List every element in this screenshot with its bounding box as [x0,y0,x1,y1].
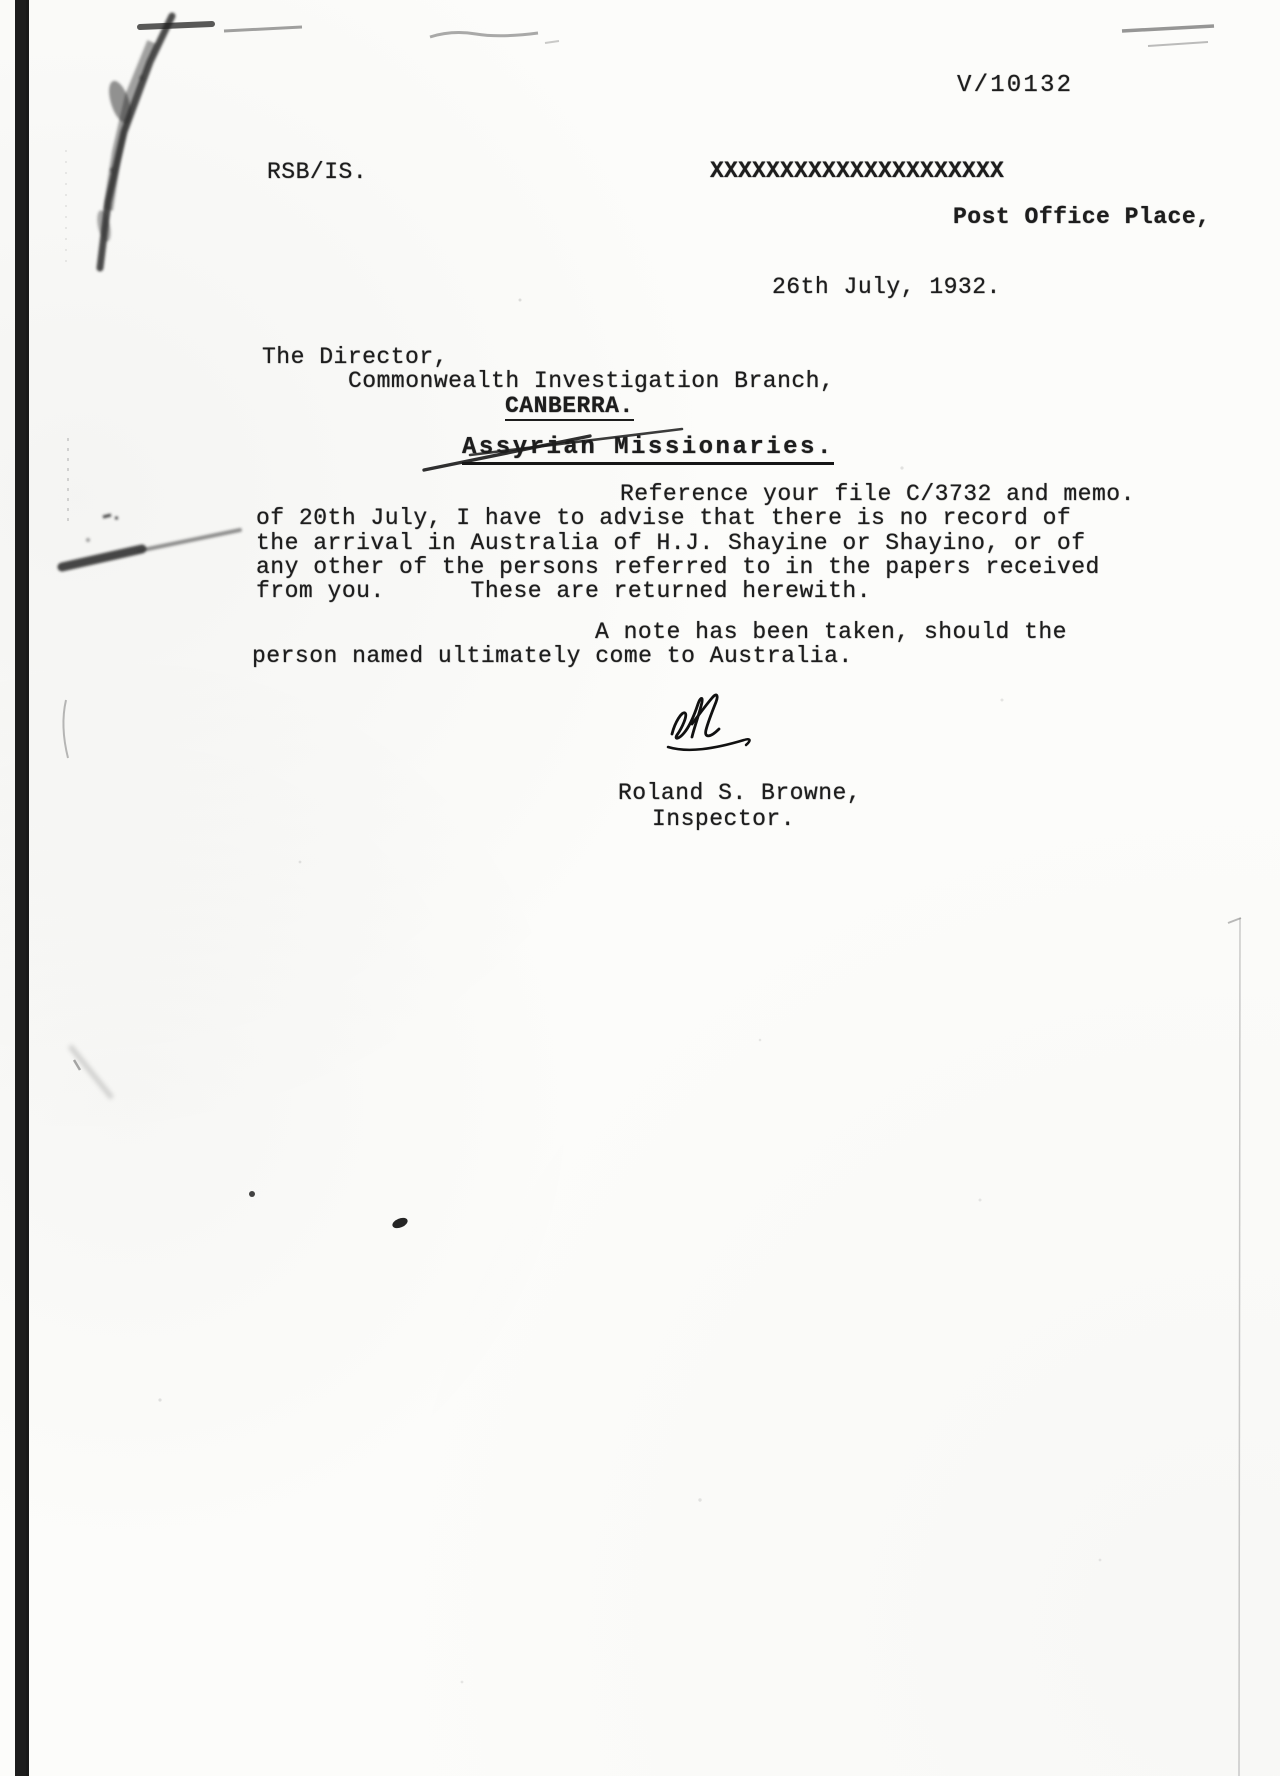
letter-content: V/10132 RSB/IS. XXXXXXXXXXXXXXXXXXXXX Po… [0,0,1280,1776]
body-paragraph-2: A note has been taken, should the person… [252,620,1067,669]
signatory-title: Inspector. [652,807,795,831]
body-paragraph-1: Reference your file C/3732 and memo. of … [256,482,1135,603]
body-line: of 20th July, I have to advise that ther… [256,506,1135,530]
crossed-out-text: XXXXXXXXXXXXXXXXXXXXX [710,159,1004,183]
body-line: from you. These are returned herewith. [256,579,1135,603]
body-line: Reference your file C/3732 and memo. [620,482,1135,506]
body-line: A note has been taken, should the [595,620,1067,644]
handwritten-signature [656,690,764,762]
signatory-name: Roland S. Browne, [618,781,861,805]
addressee-line-2: Commonwealth Investigation Branch, [348,369,834,393]
addressee-block: The Director, Commonwealth Investigation… [262,345,834,421]
addressee-line-1: The Director, [262,345,834,369]
sender-initials: RSB/IS. [267,160,367,184]
subject-line: Assyrian Missionaries. [462,436,834,465]
scanned-letter-page: V/10132 RSB/IS. XXXXXXXXXXXXXXXXXXXXX Po… [0,0,1280,1776]
body-line: the arrival in Australia of H.J. Shayine… [256,531,1135,555]
place-line: Post Office Place, [953,205,1210,229]
addressee-line-3: CANBERRA. [505,394,634,421]
body-line: any other of the persons referred to in … [256,555,1135,579]
date-line: 26th July, 1932. [772,275,1001,299]
file-number: V/10132 [957,74,1073,98]
body-line: person named ultimately come to Australi… [252,644,1067,668]
